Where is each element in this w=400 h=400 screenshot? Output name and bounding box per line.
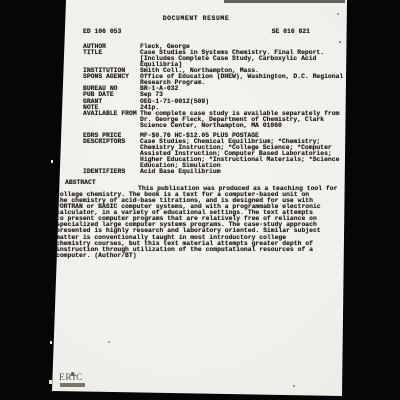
document-resume-title: DOCUMENT RESUME [76,16,316,22]
field-identifiers-label: IDENTIFIERS [83,169,140,175]
scan-artifact [50,341,52,344]
scan-speck [293,385,295,387]
eric-figure-icon [71,372,74,375]
field-available-from-value: The complete case study is available sep… [140,111,346,129]
scan-speck [339,41,341,43]
scanned-document-page: DOCUMENT RESUME ED 106 053 SE 016 821 AU… [0,0,400,400]
field-available-from-label: AVAILABLE FROM [83,111,140,129]
clearinghouse-number: SE 016 821 [272,29,310,35]
scan-speck [108,341,110,343]
field-title-label: TITLE [83,50,140,68]
eric-logo-banner [60,383,85,387]
eric-logo-text: ERIC [59,373,99,383]
abstract-body: college chemistry. The book is a text fo… [56,192,322,259]
catalog-fields: AUTHOR Fleck, George TITLE Case Studies … [83,44,342,129]
scan-artifact [49,380,52,384]
field-descriptors-value: Case Studies; Chemical Equilibrium; *Che… [140,139,346,169]
field-title-value: Case Studies in Systems Chemistry. Final… [140,50,346,68]
index-fields: EDRS PRICE MF-$0.76 HC-$12.05 PLUS POSTA… [83,133,342,175]
ed-number: ED 106 053 [83,29,121,35]
field-descriptors-label: DESCRIPTORS [83,139,140,169]
eric-logo: ERIC [59,373,99,387]
scan-speck [337,13,339,15]
document-resume: DOCUMENT RESUME ED 106 053 SE 016 821 AU… [56,16,342,259]
scan-artifact [224,0,345,3]
scan-artifact [51,160,53,163]
field-identifiers-value: Acid Base Equilibrium [140,169,346,175]
id-line: ED 106 053 SE 016 821 [83,29,310,35]
